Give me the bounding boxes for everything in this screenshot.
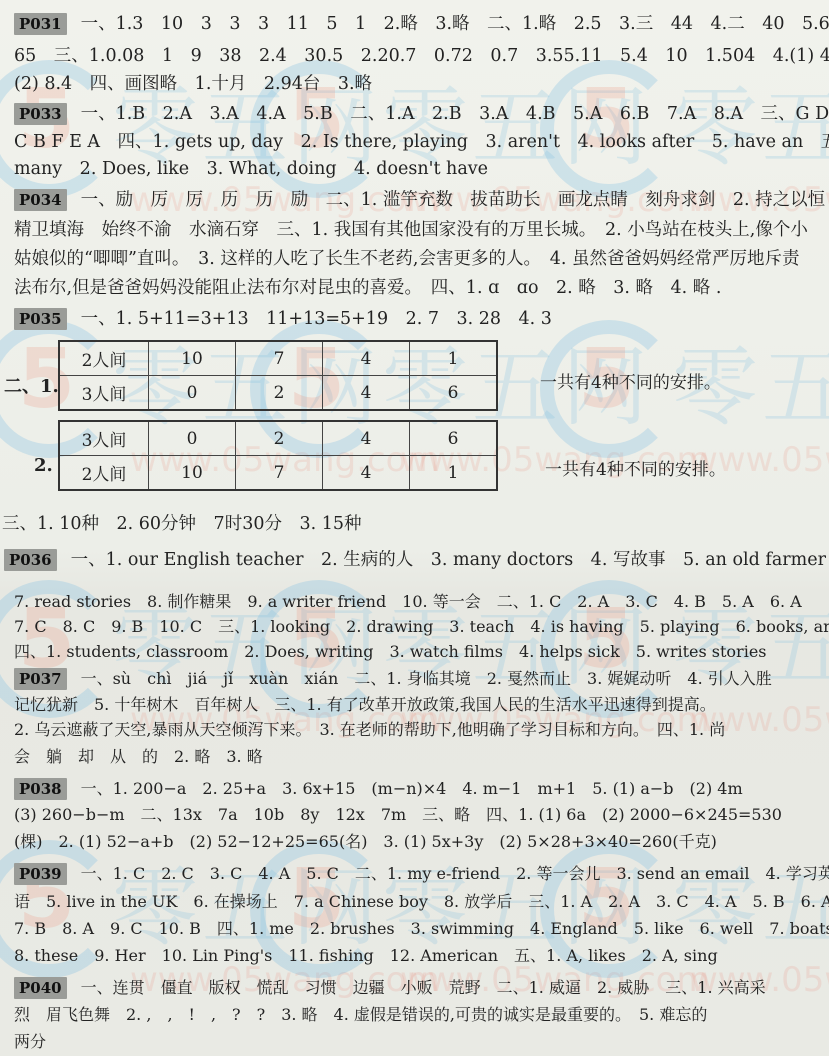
page-tag: P038 <box>14 778 67 800</box>
answer-text: 一、连贯 僵直 版权 慌乱 习惯 边疆 小贩 荒野 二、1. 威逼 2. 威胁 … <box>81 978 766 997</box>
page-tag: P034 <box>14 189 67 211</box>
question-label: 2. <box>34 455 53 476</box>
section-p033-line-3: many 2. Does, like 3. What, doing 4. doe… <box>14 157 825 181</box>
table-cell: 1 <box>410 341 498 376</box>
section-p037-line-1: P037一、sù chì jiá jǐ xuàn xián 二、1. 身临其境 … <box>14 667 825 691</box>
section-p038-line-2: (3) 260−b−m 二、13x 7a 10b 8y 12x 7m 三、略 四… <box>14 803 825 827</box>
table-row: 3人间 0 2 4 6 <box>59 421 497 456</box>
table-cell: 4 <box>323 376 410 411</box>
table-row: 2人间 10 7 4 1 <box>59 456 497 491</box>
table-cell: 6 <box>410 421 498 456</box>
table-row: 3人间 0 2 4 6 <box>59 376 497 411</box>
page-tag: P033 <box>14 103 67 125</box>
page-tag: P031 <box>14 13 67 35</box>
section-p034-line-4: 法布尔,但是爸爸妈妈没能阻止法布尔对昆虫的喜爱。 四、1. ɑ ɑo 2. 略 … <box>14 276 825 300</box>
section-p031-line-3: (2) 8.4 四、画图略 1.十月 2.94台 3.略 <box>14 72 825 96</box>
section-p039-line-2: 语 5. live in the UK 6. 在操场上 7. a Chinese… <box>14 890 825 914</box>
row-header: 3人间 <box>59 421 149 456</box>
arrangement-table-1: 2人间 10 7 4 1 3人间 0 2 4 6 <box>58 340 498 411</box>
section-p039-line-4: 8. these 9. Her 10. Lin Ping's 11. fishi… <box>14 944 825 968</box>
page-tag: P039 <box>14 863 67 885</box>
table-cell: 6 <box>410 376 498 411</box>
answer-key-page: 5零五网www.05wang.com 5零五网www.05wang.com 5零… <box>0 0 829 1056</box>
section-p036-line-2: 7. read stories 8. 制作糖果 9. a writer frie… <box>14 590 825 614</box>
answer-text: 一、1.3 10 3 3 3 11 5 1 2.略 3.略 二、1.略 2.5 … <box>81 14 829 34</box>
question-label: 二、1. <box>4 372 59 398</box>
answer-text: 一、1. C 2. C 3. C 4. A 5. C 二、1. my e-fri… <box>81 864 829 883</box>
table-cell: 0 <box>149 421 236 456</box>
answer-text: 一、sù chì jiá jǐ xuàn xián 二、1. 身临其境 2. 戛… <box>81 669 772 688</box>
page-tag: P037 <box>14 668 67 690</box>
page-tag: P035 <box>14 308 67 330</box>
table-cell: 4 <box>323 456 410 491</box>
section-p040-line-1: P040一、连贯 僵直 版权 慌乱 习惯 边疆 小贩 荒野 二、1. 威逼 2.… <box>14 976 825 1000</box>
section-p036-line-3: 7. C 8. C 9. B 10. C 三、1. looking 2. dra… <box>14 615 825 639</box>
page-tag: P036 <box>4 549 57 571</box>
row-header: 2人间 <box>59 341 149 376</box>
arrangement-table-2: 3人间 0 2 4 6 2人间 10 7 4 1 <box>58 420 498 491</box>
answer-text: 一、1. 5+11=3+13 11+13=5+19 2. 7 3. 28 4. … <box>81 309 552 329</box>
table-cell: 1 <box>410 456 498 491</box>
section-p036-line-1: P036一、1. our English teacher 2. 生病的人 3. … <box>4 548 825 572</box>
section-p034-line-1: P034一、励 厉 厉 历 历 励 二、1. 滥竽充数 拔苗助长 画龙点睛 刻舟… <box>14 188 825 212</box>
section-p037-line-2: 记忆犹新 5. 十年树木 百年树人 三、1. 有了改革开放政策,我国人民的生活水… <box>14 693 825 717</box>
row-header: 2人间 <box>59 456 149 491</box>
table-cell: 7 <box>236 456 323 491</box>
row-header: 3人间 <box>59 376 149 411</box>
section-p040-line-2: 烈 眉飞色舞 2. , , ! , ? ? 3. 略 4. 虚假是错误的,可贵的… <box>14 1003 825 1027</box>
section-p033-line-1: P033一、1.B 2.A 3.A 4.A 5.B 二、1.A 2.B 3.A … <box>14 102 825 126</box>
table-note: 一共有4种不同的安排。 <box>540 368 721 393</box>
table-cell: 2 <box>236 421 323 456</box>
table-cell: 4 <box>323 421 410 456</box>
section-p031-line-2: 65 三、1.0.08 1 9 38 2.4 30.5 2.20.7 0.72 … <box>14 44 825 68</box>
section-p039-line-3: 7. B 8. A 9. C 10. B 四、1. me 2. brushes … <box>14 917 825 941</box>
section-p034-line-2: 精卫填海 始终不渝 水滴石穿 三、1. 我国有其他国家没有的万里长城。 2. 小… <box>14 218 825 242</box>
answer-text: 一、1.B 2.A 3.A 4.A 5.B 二、1.A 2.B 3.A 4.B … <box>81 104 829 124</box>
section-p031-line-1: P031一、1.3 10 3 3 3 11 5 1 2.略 3.略 二、1.略 … <box>14 12 825 36</box>
section-p040-line-3: 两分 <box>14 1030 825 1054</box>
section-p037-line-3: 2. 乌云遮蔽了天空,暴雨从天空倾泻下来。 3. 在老师的帮助下,他明确了学习目… <box>14 718 825 742</box>
answer-text: 一、励 厉 厉 历 历 励 二、1. 滥竽充数 拔苗助长 画龙点睛 刻舟求剑 2… <box>81 190 826 210</box>
table-cell: 10 <box>149 341 236 376</box>
section-p038-line-1: P038一、1. 200−a 2. 25+a 3. 6x+15 (m−n)×4 … <box>14 777 825 801</box>
table-note: 一共有4种不同的安排。 <box>545 455 726 480</box>
table-cell: 10 <box>149 456 236 491</box>
table-cell: 4 <box>323 341 410 376</box>
section-p036-line-4: 四、1. students, classroom 2. Does, writin… <box>14 640 825 664</box>
section-p033-line-2: C B F E A 四、1. gets up, day 2. Is there,… <box>14 130 825 154</box>
section-p035-line-1: P035一、1. 5+11=3+13 11+13=5+19 2. 7 3. 28… <box>14 307 825 331</box>
section-p039-line-1: P039一、1. C 2. C 3. C 4. A 5. C 二、1. my e… <box>14 862 825 886</box>
table-cell: 2 <box>236 376 323 411</box>
answer-text: 一、1. 200−a 2. 25+a 3. 6x+15 (m−n)×4 4. m… <box>81 779 743 798</box>
answer-text: 一、1. our English teacher 2. 生病的人 3. many… <box>71 550 829 570</box>
section-p035-line-after: 三、1. 10种 2. 60分钟 7时30分 3. 15种 <box>2 512 825 536</box>
table-row: 2人间 10 7 4 1 <box>59 341 497 376</box>
section-p037-line-4: 会 躺 却 从 的 2. 略 3. 略 <box>14 745 825 769</box>
section-p034-line-3: 姑娘似的“唧唧”直叫。 3. 这样的人吃了长生不老药,会害更多的人。 4. 虽然… <box>14 247 825 271</box>
table-cell: 7 <box>236 341 323 376</box>
table-cell: 0 <box>149 376 236 411</box>
page-tag: P040 <box>14 977 67 999</box>
section-p038-line-3: (棵) 2. (1) 52−a+b (2) 52−12+25=65(名) 3. … <box>14 830 825 854</box>
